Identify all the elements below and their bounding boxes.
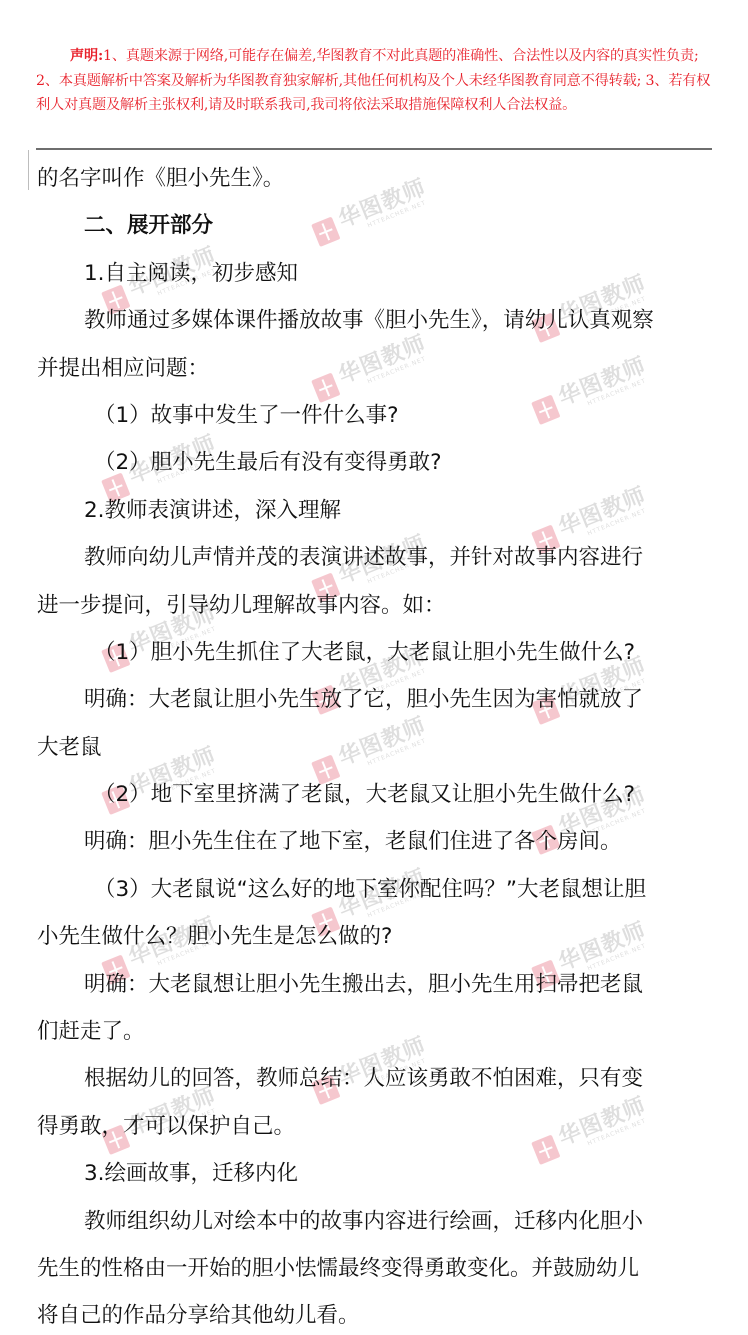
paragraph-line: 根据幼儿的回答，教师总结：人应该勇敢不怕困难，只有变 — [37, 1055, 713, 1102]
paragraph-line: 的名字叫作《胆小先生》。 — [37, 155, 713, 202]
subsection-heading: 2.教师表演讲述，深入理解 — [37, 487, 713, 534]
subsection-heading: 1.自主阅读，初步感知 — [37, 250, 713, 297]
paragraph-line: 将自己的作品分享给其他幼儿看。 — [37, 1292, 713, 1335]
question-item: （2）胆小先生最后有没有变得勇敢? — [37, 439, 713, 486]
question-item: （2）地下室里挤满了老鼠，大老鼠又让胆小先生做什么? — [37, 771, 713, 818]
answer-line: 明确：胆小先生住在了地下室，老鼠们住进了各个房间。 — [37, 818, 713, 865]
paragraph-line: 进一步提问，引导幼儿理解故事内容。如： — [37, 582, 713, 629]
paragraph-line: 先生的性格由一开始的胆小怯懦最终变得勇敢变化。并鼓励幼儿 — [37, 1245, 713, 1292]
disclaimer-label: 声明: — [70, 48, 103, 64]
question-item: （1）胆小先生抓住了大老鼠，大老鼠让胆小先生做什么? — [37, 629, 713, 676]
question-item: （3）大老鼠说“这么好的地下室你配住吗？”大老鼠想让胆 — [37, 866, 713, 913]
paragraph-line: 并提出相应问题： — [37, 345, 713, 392]
question-item: （1）故事中发生了一件什么事? — [37, 392, 713, 439]
paragraph-line: 教师向幼儿声情并茂的表演讲述故事，并针对故事内容进行 — [37, 534, 713, 581]
answer-line: 明确：大老鼠想让胆小先生搬出去，胆小先生用扫帚把老鼠 — [37, 961, 713, 1008]
answer-line: 大老鼠 — [37, 724, 713, 771]
disclaimer-text: 1、真题来源于网络,可能存在偏差,华图教育不对此真题的准确性、合法性以及内容的真… — [36, 48, 710, 113]
paragraph-line: 教师组织幼儿对绘本中的故事内容进行绘画，迁移内化胆小 — [37, 1198, 713, 1245]
document-body: 的名字叫作《胆小先生》。 二、展开部分 1.自主阅读，初步感知 教师通过多媒体课… — [37, 155, 713, 1335]
section-heading: 二、展开部分 — [37, 202, 713, 249]
disclaimer-notice: 声明:1、真题来源于网络,可能存在偏差,华图教育不对此真题的准确性、合法性以及内… — [36, 44, 712, 118]
header-divider — [36, 148, 712, 150]
subsection-heading: 3.绘画故事，迁移内化 — [37, 1150, 713, 1197]
question-item: 小先生做什么？胆小先生是怎么做的? — [37, 913, 713, 960]
answer-line: 明确：大老鼠让胆小先生放了它，胆小先生因为害怕就放了 — [37, 676, 713, 723]
page-edge-line — [28, 150, 29, 190]
paragraph-line: 得勇敢，才可以保护自己。 — [37, 1103, 713, 1150]
answer-line: 们赶走了。 — [37, 1008, 713, 1055]
paragraph-line: 教师通过多媒体课件播放故事《胆小先生》，请幼儿认真观察 — [37, 297, 713, 344]
